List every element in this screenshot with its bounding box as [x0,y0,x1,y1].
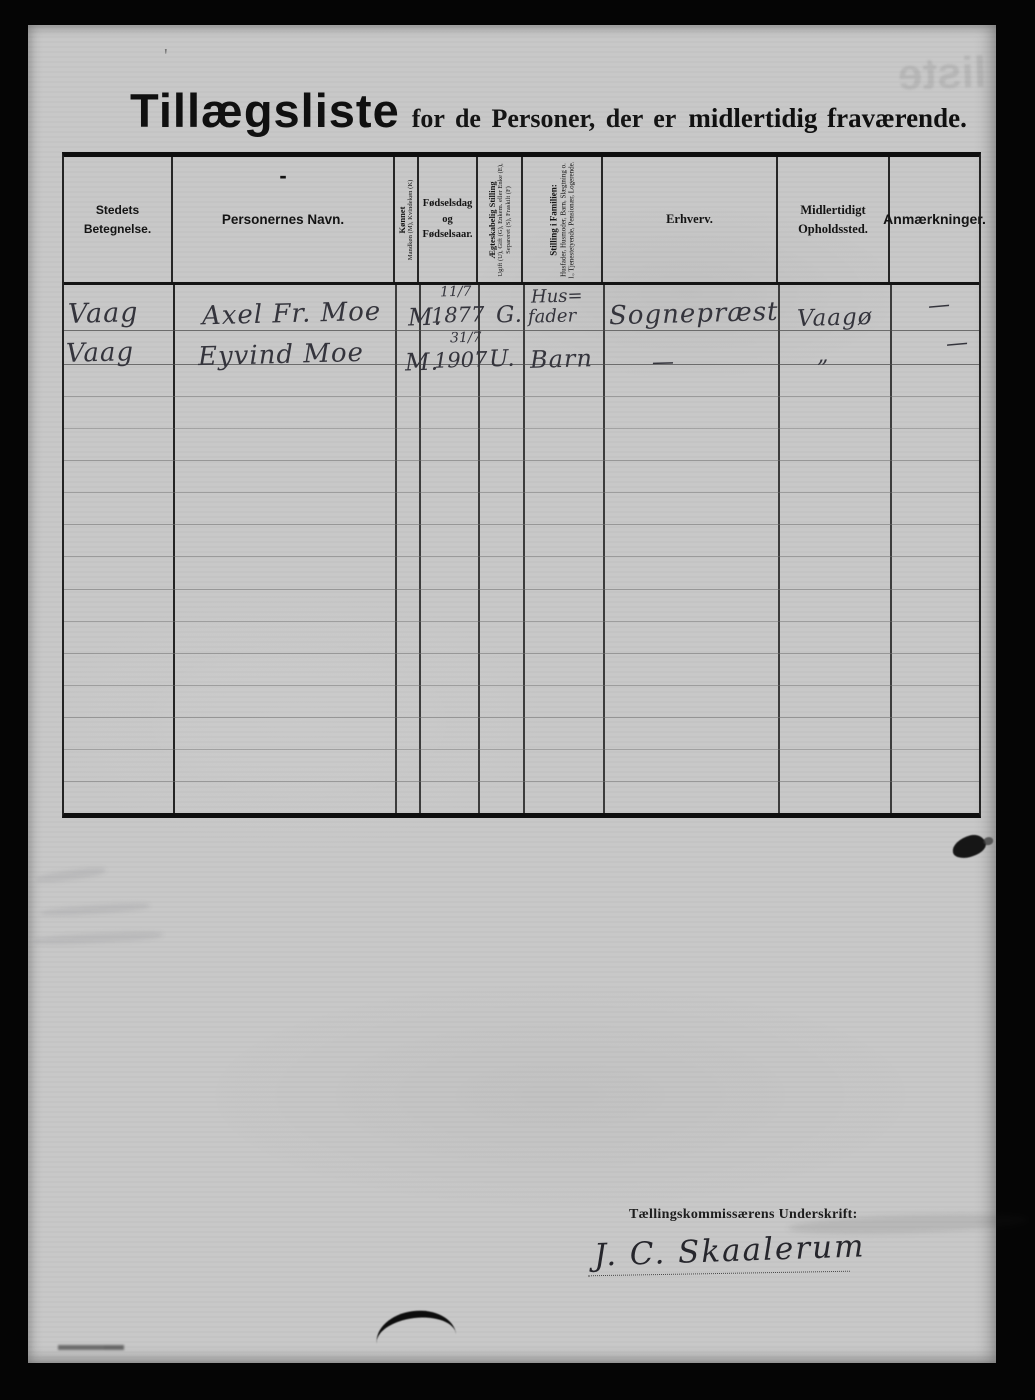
header-remarks-label: Anmærkninger. [883,210,986,228]
header-sex-detail: Mandkøn (M), Kvindekøn (K) [407,159,415,281]
title-subtitle-bold: midlertidig fraværende. [688,103,966,134]
entry-row1-birth-day: 11/7 [440,284,472,301]
entry-row1-family-line2: fader [528,305,577,327]
paper-sheet: liste ' Tillægsliste for de Personer, de… [28,25,996,1363]
header-sex-title: Kønnet [397,159,407,281]
header-place-line1: Stedets [96,201,139,220]
row-rule [64,685,979,686]
entry-row1-place: Vaag [68,297,139,330]
header-birth-line1: Fødselsdag [423,196,473,212]
row-rule [64,556,979,557]
col-header-residence: Midlertidigt Opholdssted. [778,157,890,282]
entry-row2-marital: U. [489,346,516,373]
printer-mark [58,1345,124,1350]
header-marital-vertical: Ægteskabelig Stilling Ugift (U), Gift (G… [487,159,513,281]
entry-row2-occupation: — [652,350,676,376]
scanned-census-page: { "document": { "title_main": "Tillægsli… [0,0,1035,1400]
header-birth-line3: Fødselsaar. [422,227,472,243]
entry-row1-residence: Vaagø [797,304,873,332]
col-header-marital: Ægteskabelig Stilling Ugift (U), Gift (G… [478,157,523,282]
entry-row1-birth-year: 1877 [431,302,485,327]
header-family-vertical: Stilling i Familien: Husfader, Husmoder,… [548,161,575,279]
entry-row2-place: Vaag [66,337,135,369]
col-header-family: Stilling i Familien: Husfader, Husmoder,… [523,157,603,282]
row-rule [64,781,979,782]
header-family-title: Stilling i Familien: [548,161,559,279]
col-header-sex: Kønnet Mandkøn (M), Kvindekøn (K) [395,157,419,282]
col-header-birth: Fødselsdag og Fødselsaar. [419,157,478,282]
header-occupation-label: Erhverv. [666,210,713,229]
row-rule [64,621,979,622]
header-marital-detail: Ugift (U), Gift (G), Enkem. eller Enke (… [497,159,513,281]
row-rule [64,428,979,429]
row-rule [64,717,979,718]
document-title: Tillægsliste for de Personer, der er mid… [130,83,967,138]
row-rule [64,653,979,654]
title-main: Tillægsliste [130,83,400,138]
bleedthrough-mark [33,930,163,947]
entry-row2-birth-day: 31/7 [450,330,482,347]
col-header-name: - Personernes Navn. [173,157,395,282]
header-sex-vertical: Kønnet Mandkøn (M), Kvindekøn (K) [397,159,415,281]
ink-stroke-arc [373,1306,456,1349]
entry-row1-marital: G. [496,302,524,329]
row-rule [64,524,979,525]
entry-row2-remark: — [945,330,970,357]
header-name-dash: - [279,171,286,181]
entry-row1-occupation: Sognepræst [609,297,779,331]
row-rule [64,749,979,750]
entry-row2-name: Eyvind Moe [198,338,365,372]
entry-row2-birth-year: 1907 [434,347,488,372]
col-header-occupation: Erhverv. [603,157,778,282]
row-rule [64,589,979,590]
col-header-remarks: Anmærkninger. [890,157,979,282]
census-table: Stedets Betegnelse. - Personernes Navn. … [62,152,981,818]
commissioner-signature: J. C. Skaalerum [593,1228,866,1273]
ink-blot [950,832,988,861]
bleedthrough-mark [40,901,150,918]
header-residence-line1: Midlertidigt [800,201,865,220]
header-marital-title: Ægteskabelig Stilling [487,159,497,281]
col-header-place: Stedets Betegnelse. [64,157,173,282]
title-subtitle: for de Personer, der er [412,104,677,134]
ink-speck: ' [164,45,168,68]
row-rule [64,396,979,397]
table-header-row: Stedets Betegnelse. - Personernes Navn. … [64,157,979,285]
bleedthrough-mark [36,865,107,885]
entry-row2-family-line1: Barn [530,344,594,374]
entry-row1-remark: — [927,292,952,319]
header-residence-line2: Opholdssted. [798,220,868,239]
entry-row1-family-line1: Hus= [531,285,583,307]
entry-row1-name: Axel Fr. Moe [202,297,382,332]
row-rule [64,492,979,493]
entry-row2-residence-ditto: „ [817,343,830,368]
row-rule [64,460,979,461]
header-place-line2: Betegnelse. [84,220,151,239]
header-name-label: Personernes Navn. [222,211,344,229]
header-birth-line2: og [442,212,453,228]
header-family-detail: Husfader, Husmoder, Barn, Slægtning o. l… [559,161,576,279]
